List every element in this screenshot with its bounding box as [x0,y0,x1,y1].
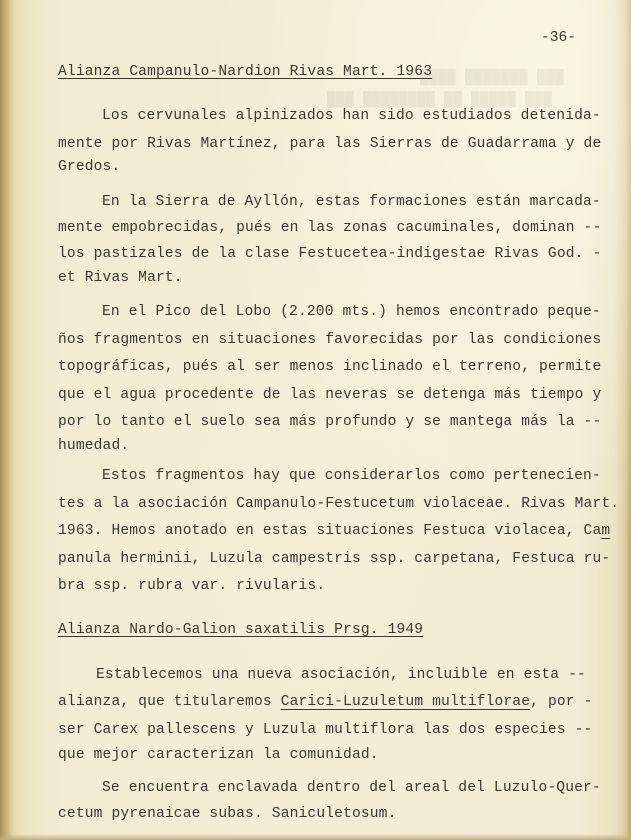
page-bottom-edge [0,834,631,840]
section-heading-campanulo-nardion: Alianza Campanulo-Nardion Rivas Mart. 19… [58,62,432,82]
paragraph-line: ser Carex pallescens y Luzula multiflora… [58,720,592,740]
line-text: alianza, que titularemos [58,694,281,710]
paragraph-line: Establecemos una nueva asociación, inclu… [96,665,586,685]
paragraph-line: panula herminii, Luzula campestris ssp. … [58,549,610,569]
section-heading-nardo-galion: Alianza Nardo-Galion saxatilis Prsg. 194… [58,620,423,640]
underlined-text: m [601,523,610,539]
paragraph-line: Los cervunales alpinizados han sido estu… [102,106,601,126]
line-text: 1963. Hemos anotado en estas situaciones… [58,523,601,539]
paragraph-line: alianza, que titularemos Carici-Luzuletu… [58,692,592,712]
paragraph-line: En la Sierra de Ayllón, estas formacione… [102,192,601,212]
paragraph-line: que el agua procedente de las neveras se… [58,385,601,405]
paragraph-line: mente empobrecidas, pués en las zonas ca… [58,218,601,238]
paragraph-line: et Rivas Mart. [58,268,183,288]
paragraph-line: Estos fragmentos hay que considerarlos c… [102,466,601,486]
paragraph-line: topográficas, pués al ser menos inclinad… [58,357,601,377]
bleed-through-text: ████ ███████ ███ [420,70,564,86]
paragraph-line: cetum pyrenaicae subas. Saniculetosum. [58,804,397,824]
paragraph-line: los pastizales de la clase Festucetea-in… [58,244,601,264]
paragraph-line: que mejor caracterizan la comunidad. [58,745,379,765]
paragraph-line: En el Pico del Lobo (2.200 mts.) hemos e… [102,302,601,322]
paragraph-line: Se encuentra enclavada dentro del areal … [102,778,601,798]
association-name: Carici-Luzuletum multiflorae [281,694,530,710]
line-text: , por - [530,694,592,710]
paragraph-line: Gredos. [58,157,120,177]
paragraph-line: bra ssp. rubra var. rivularis. [58,576,325,596]
paragraph-line: tes a la asociación Campanulo-Festucetum… [58,494,619,514]
page-number: -36- [541,30,576,46]
paragraph-line: ños fragmentos en situaciones favorecida… [58,330,601,350]
paragraph-line: humedad. [58,436,129,456]
paragraph-line: mente por Rivas Martínez, para las Sierr… [58,134,601,154]
paragraph-line: 1963. Hemos anotado en estas situaciones… [58,521,610,541]
paragraph-line: por lo tanto el suelo sea más profundo y… [58,412,601,432]
